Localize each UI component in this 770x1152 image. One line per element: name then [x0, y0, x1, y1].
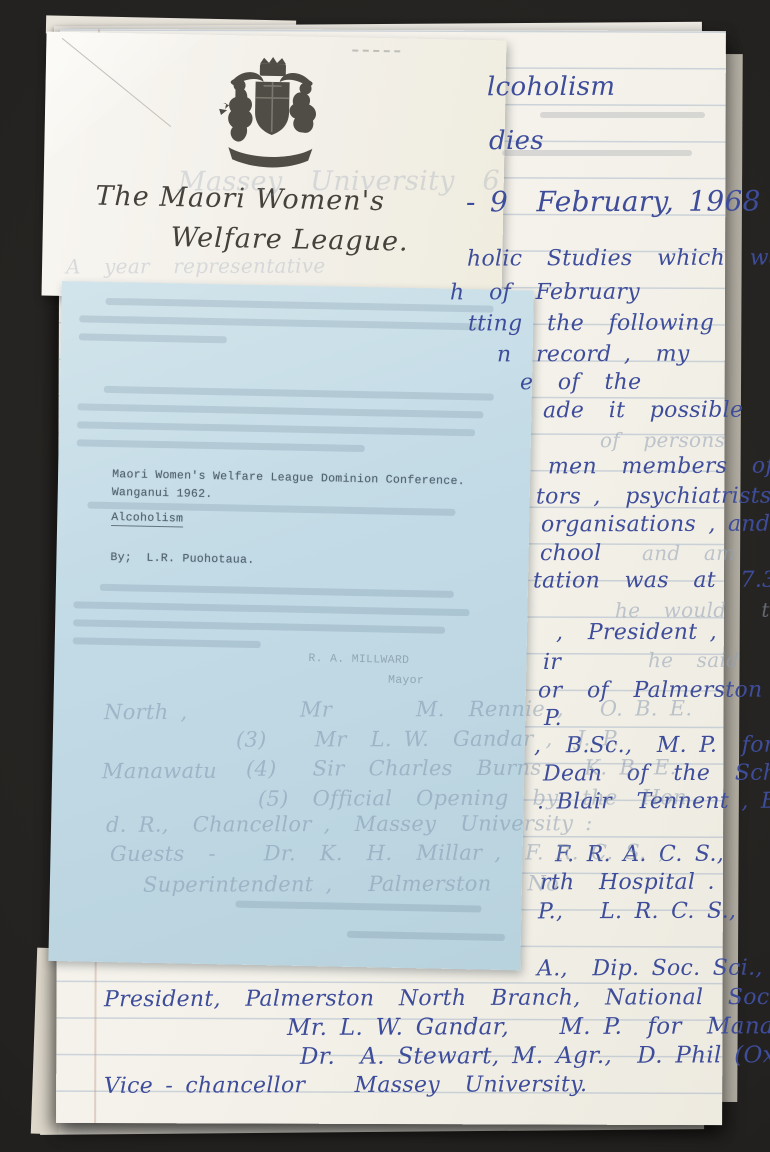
- byline: By; L.R. Puohotaua.: [110, 551, 254, 567]
- showthrough-text-line: [104, 386, 494, 401]
- showthrough-text-line: [73, 619, 445, 633]
- conference-heading-line1: Maori Women's Welfare League Dominion Co…: [112, 468, 465, 488]
- showthrough-text-line: [77, 421, 475, 436]
- stamp-mark: [352, 49, 400, 52]
- showthrough-text-line: [106, 298, 494, 313]
- showthrough-text-line: [235, 901, 481, 913]
- photo-backdrop: The Maori Women's Welfare League. Maori …: [0, 0, 770, 1152]
- showthrough-text-line: [77, 403, 483, 418]
- showthrough-text-line: [79, 315, 481, 330]
- subject-title: Alcoholism: [111, 511, 183, 527]
- conference-heading-line2: Wanganui 1962.: [112, 486, 213, 501]
- showthrough-signature-name: R. A. MILLWARD: [308, 652, 409, 667]
- org-name-line2: Welfare League.: [170, 222, 409, 258]
- showthrough-text-line: [79, 333, 227, 343]
- coat-of-arms-icon: [204, 55, 338, 178]
- showthrough-text-line: [73, 601, 469, 616]
- blue-typed-sheet: Maori Women's Welfare League Dominion Co…: [48, 281, 534, 970]
- showthrough-text-line: [73, 637, 261, 648]
- showthrough-text-line: [347, 931, 505, 941]
- showthrough-text-line: [100, 584, 454, 598]
- folded-corner: [44, 32, 206, 165]
- showthrough-text-line: [77, 439, 365, 452]
- letterhead-sheet: The Maori Women's Welfare League.: [42, 32, 507, 305]
- showthrough-signature-role: Mayor: [388, 674, 424, 688]
- org-name-line1: The Maori Women's: [95, 181, 385, 218]
